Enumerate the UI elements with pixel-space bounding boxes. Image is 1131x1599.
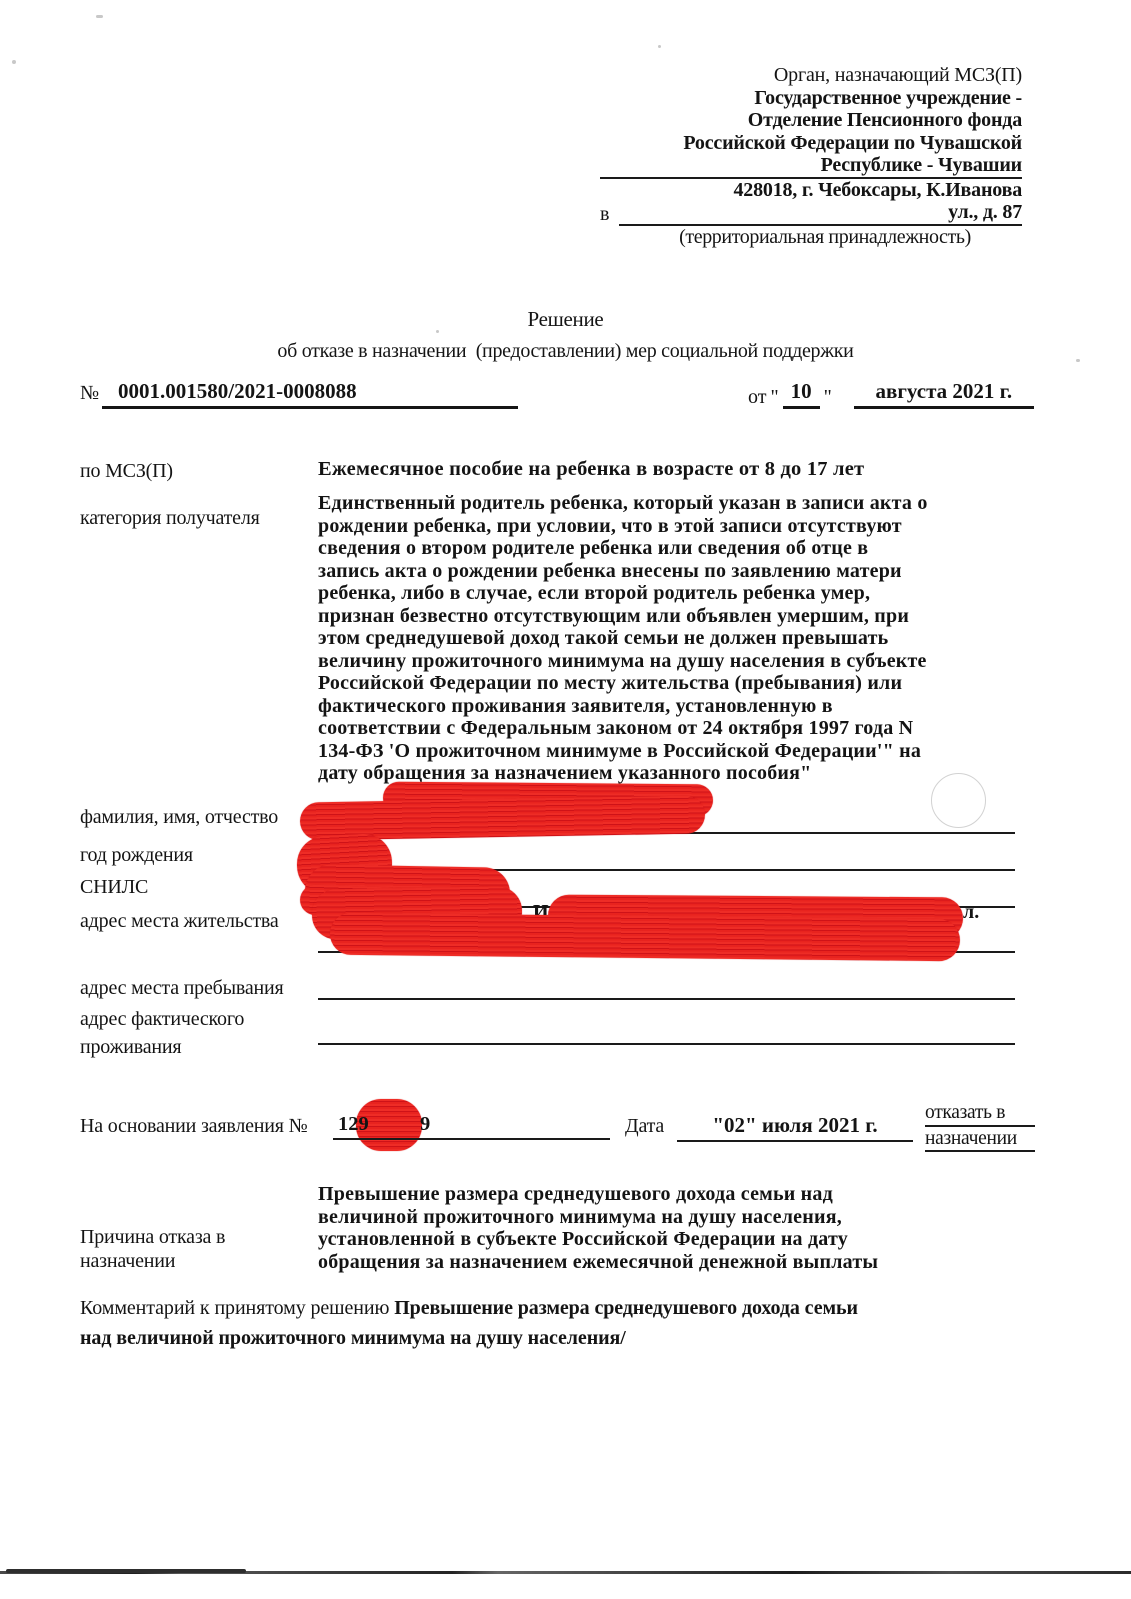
fio-label: фамилия, имя, отчество xyxy=(80,806,278,829)
address-prefix: в xyxy=(600,203,619,226)
msz-value: Ежемесячное пособие на ребенка в возраст… xyxy=(318,458,864,481)
scanned-decision-document: { "header": { "org_label": "Орган, назна… xyxy=(0,0,1131,1599)
close-quote: " xyxy=(820,386,836,409)
application-number-end: 9 xyxy=(420,1113,430,1136)
address-stay-underline xyxy=(318,998,1015,1000)
decision-line1: отказать в xyxy=(925,1101,1035,1127)
msz-label: по МСЗ(П) xyxy=(80,460,173,483)
document-month-year-field: августа 2021 г. xyxy=(854,379,1034,409)
scan-speck xyxy=(96,15,103,18)
org-address-line1: 428018, г. Чебоксары, К.Иванова xyxy=(600,179,1022,202)
comment-line1: Комментарий к принятому решению Превышен… xyxy=(80,1293,1030,1323)
reason-label-line2: назначении xyxy=(80,1250,175,1273)
org-address-line2-row: в ул., д. 87 xyxy=(600,201,1022,226)
scan-speck xyxy=(1076,359,1080,362)
reason-value: Превышение размера среднедушевого дохода… xyxy=(318,1183,1018,1273)
category-value: Единственный родитель ребенка, который у… xyxy=(318,492,1018,785)
comment-label: Комментарий к принятому решению xyxy=(80,1297,389,1319)
date-value: "02" июля 2021 г. xyxy=(680,1113,910,1138)
org-name-line: Государственное учреждение - xyxy=(600,87,1022,110)
scan-speck xyxy=(658,45,661,48)
faint-stamp-circle xyxy=(931,773,986,828)
document-day-field: 10 xyxy=(783,379,820,409)
org-address-line2: ул., д. 87 xyxy=(619,201,1022,226)
application-number-underline xyxy=(333,1138,610,1140)
org-name-line: Отделение Пенсионного фонда xyxy=(600,109,1022,132)
decision-refuse-block: отказать в назначении xyxy=(925,1101,1035,1152)
scan-edge-line xyxy=(6,1569,246,1573)
date-label: Дата xyxy=(625,1115,664,1138)
scan-speck xyxy=(436,330,439,333)
address-residence-label: адрес места жительства xyxy=(80,910,279,933)
date-underline xyxy=(677,1140,913,1142)
document-title: Решение xyxy=(0,307,1131,332)
address-residence-fragment-right: л. xyxy=(963,901,979,924)
from-label: от xyxy=(748,386,766,409)
scan-speck xyxy=(12,60,16,64)
address-actual-underline xyxy=(318,1043,1015,1045)
document-date-block: от " 10 " августа 2021 г. xyxy=(748,379,1034,409)
org-label: Орган, назначающий МСЗ(П) xyxy=(600,64,1022,87)
basis-label: На основании заявления № xyxy=(80,1115,307,1138)
number-sign: № xyxy=(80,382,99,405)
snils-label: СНИЛС xyxy=(80,876,148,899)
org-caption: (территориальная принадлежность) xyxy=(600,226,1022,249)
document-subtitle: об отказе в назначении (предоставлении) … xyxy=(0,340,1131,363)
org-name-line-underlined: Республике - Чувашии xyxy=(600,154,1022,179)
comment-value-part2: над величиной прожиточного минимума на д… xyxy=(80,1323,1030,1353)
comment-block: Комментарий к принятому решению Превышен… xyxy=(80,1293,1030,1353)
open-quote: " xyxy=(766,386,782,409)
application-number-start: 129 xyxy=(338,1113,369,1136)
redaction-address xyxy=(330,913,960,962)
category-label: категория получателя xyxy=(80,507,260,530)
org-name-line: Российской Федерации по Чувашской xyxy=(600,132,1022,155)
address-actual-label-line1: адрес фактического xyxy=(80,1008,244,1031)
comment-value-part1: Превышение размера среднедушевого дохода… xyxy=(394,1297,858,1319)
reason-label-line1: Причина отказа в xyxy=(80,1226,225,1249)
document-number-field: 0001.001580/2021-0008088 xyxy=(102,379,518,409)
org-header-block: Орган, назначающий МСЗ(П) Государственно… xyxy=(600,64,1022,248)
decision-line2: назначении xyxy=(925,1127,1035,1153)
birth-year-label: год рождения xyxy=(80,844,193,867)
address-actual-label-line2: проживания xyxy=(80,1036,181,1059)
address-stay-label: адрес места пребывания xyxy=(80,977,284,1000)
